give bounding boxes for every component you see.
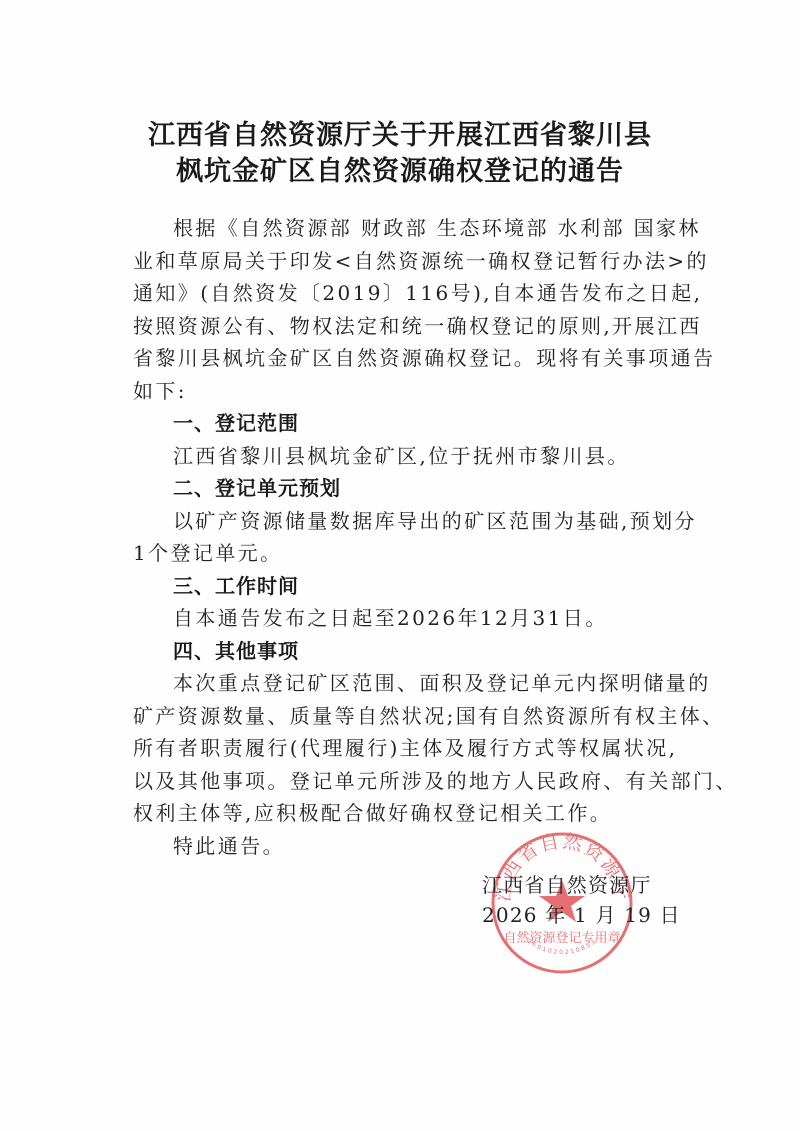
body-line: 自本通告发布之日起至2026年12月31日。 xyxy=(133,602,663,635)
section-heading-units: 二、登记单元预划 xyxy=(133,472,663,505)
body-line: 本次重点登记矿区范围、面积及登记单元内探明储量的 xyxy=(133,667,663,700)
issuer-name: 江西省自然资源厅 xyxy=(482,870,681,900)
notice-title: 江西省自然资源厅关于开展江西省黎川县 枫坑金矿区自然资源确权登记的通告 xyxy=(130,118,670,190)
title-line-2: 枫坑金矿区自然资源确权登记的通告 xyxy=(130,154,670,190)
body-line: 以及其他事项。登记单元所涉及的地方人民政府、有关部门、 xyxy=(133,765,663,798)
notice-body: 根据《自然资源部 财政部 生态环境部 水利部 国家林 业和草原局关于印发<自然资… xyxy=(133,212,663,862)
signature-block: 江西省自然资源厅 2026 年 1 月 19 日 xyxy=(482,870,681,930)
issue-date: 2026 年 1 月 19 日 xyxy=(482,900,681,930)
body-line: 以矿产资源储量数据库导出的矿区范围为基础,预划分 xyxy=(133,505,663,538)
section-heading-other: 四、其他事项 xyxy=(133,635,663,668)
section-heading-scope: 一、登记范围 xyxy=(133,407,663,440)
section-heading-time: 三、工作时间 xyxy=(133,570,663,603)
body-line: 1个登记单元。 xyxy=(133,537,663,570)
body-line: 所有者职责履行(代理履行)主体及履行方式等权属状况, xyxy=(133,732,663,765)
body-line: 通知》(自然资发〔2019〕116号),自本通告发布之日起, xyxy=(133,277,663,310)
body-line: 如下: xyxy=(133,375,663,408)
body-line: 矿产资源数量、质量等自然状况;国有自然资源所有权主体、 xyxy=(133,700,663,733)
body-line: 江西省黎川县枫坑金矿区,位于抚州市黎川县。 xyxy=(133,440,663,473)
body-line: 省黎川县枫坑金矿区自然资源确权登记。现将有关事项通告 xyxy=(133,342,663,375)
body-line: 业和草原局关于印发<自然资源统一确权登记暂行办法>的 xyxy=(133,245,663,278)
body-line: 根据《自然资源部 财政部 生态环境部 水利部 国家林 xyxy=(133,212,663,245)
document-page: 江西省自然资源厅关于开展江西省黎川县 枫坑金矿区自然资源确权登记的通告 根据《自… xyxy=(0,0,800,1131)
title-line-1: 江西省自然资源厅关于开展江西省黎川县 xyxy=(130,118,670,154)
body-line: 按照资源公有、物权法定和统一确权登记的原则,开展江西 xyxy=(133,310,663,343)
seal-bottom-text: 自然资源登记专用章 xyxy=(503,930,620,946)
body-line: 权利主体等,应积极配合做好确权登记相关工作。 xyxy=(133,797,663,830)
